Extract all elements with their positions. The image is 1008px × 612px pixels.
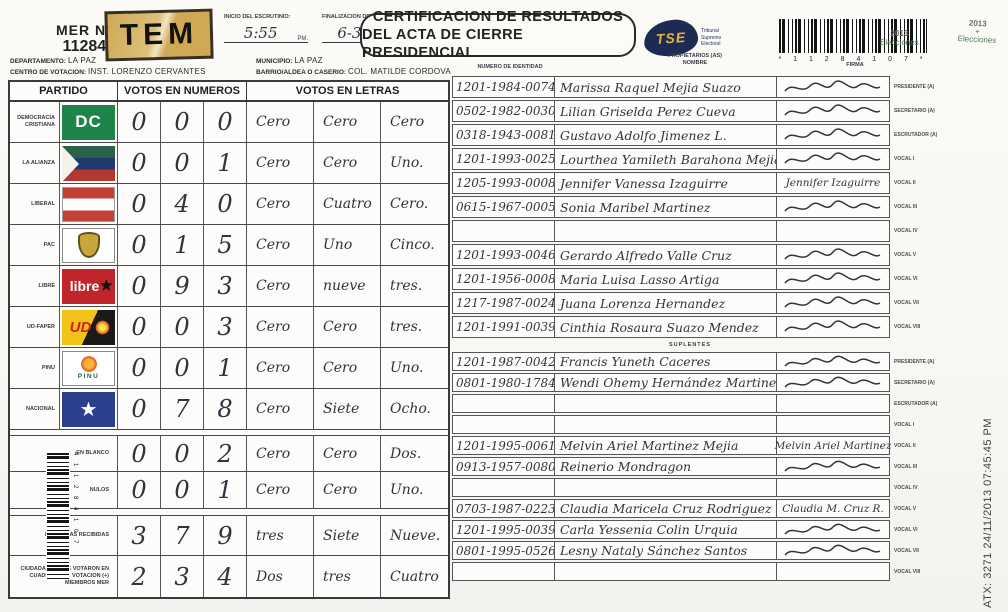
votes-word-tens: Cuatro: [314, 184, 381, 224]
votes-word-units: Ocho.: [381, 389, 448, 429]
votes-word-tens: Cero: [314, 102, 381, 142]
signature-scribble-icon: [783, 523, 883, 539]
party-name: LA ALIANZA: [10, 143, 60, 183]
identity-number: 0913-1957-00803: [453, 458, 555, 475]
elecciones-2013-corner-badge: 2013 ✦ Elecciones: [957, 19, 997, 46]
identity-number: 0502-1982-00305: [453, 101, 555, 121]
signer-row: 1201-1984-00741 Marissa Raquel Mejia Sua…: [452, 76, 890, 98]
votes-word-tens: tres: [314, 556, 381, 597]
party-logo-text: DC: [75, 112, 102, 132]
identity-number: 0801-1995-05263: [453, 542, 555, 559]
signature-cell: [777, 395, 889, 412]
signature-cell: [777, 563, 889, 580]
signature-scribble-icon: [783, 151, 883, 169]
signer-row: 0801-1980-17849 Wendi Ohemy Hernández Ma…: [452, 373, 890, 392]
tse-name: Tribunal Supremo Electoral: [701, 28, 735, 48]
results-row: DEMOCRACIA CRISTIANA DC 0 0 0 Cero Cero …: [10, 102, 448, 143]
signer-row: 0703-1987-02238 Claudia Maricela Cruz Ro…: [452, 499, 890, 518]
party-logo-cell: ★: [60, 389, 118, 429]
votes-digit-hundreds: 0: [118, 225, 161, 265]
signature-scribble-icon: [783, 127, 883, 145]
handwritten-digit: 3: [174, 563, 189, 591]
elecciones-2013-badge: 2013 Elecciones: [880, 30, 919, 48]
votes-word-tens: Cero: [314, 472, 381, 508]
signer-row: VOCAL IV: [452, 220, 890, 242]
handwritten-digit: 1: [217, 354, 232, 382]
votes-digit-tens: 7: [161, 389, 204, 429]
handwritten-digit: 0: [174, 440, 189, 468]
votes-word-units: Uno.: [381, 348, 448, 388]
votes-digit-tens: 4: [161, 184, 204, 224]
handwritten-digit: 4: [174, 190, 189, 218]
signature-scribble-icon: [783, 199, 883, 217]
handwritten-digit: 7: [174, 522, 189, 550]
signer-name: [555, 563, 777, 580]
handwritten-word: Cero: [323, 319, 357, 335]
signer-name: Gustavo Adolfo Jimenez L.: [555, 125, 777, 145]
centro-votacion-field: CENTRO DE VOTACION: INST. LORENZO CERVAN…: [10, 67, 206, 76]
results-row: LA ALIANZA 0 0 1 Cero Cero Uno.: [10, 143, 448, 184]
signature-cell: [777, 269, 889, 289]
signature-scribble-icon: [783, 319, 883, 337]
signer-row: 0615-1967-00059 Sonia Maribel Martinez V…: [452, 196, 890, 218]
votes-word-tens: Cero: [314, 348, 381, 388]
signer-row: 1201-1993-00258 Lourthea Yamileth Baraho…: [452, 148, 890, 170]
votes-word-units: Cuatro: [381, 556, 448, 597]
badge-word: Elecciones: [957, 35, 996, 46]
party-name: UD-FAPER: [10, 307, 60, 347]
identity-number: 0615-1967-00059: [453, 197, 555, 217]
document-title: CERTIFICACION DE RESULTADOS DEL ACTA DE …: [360, 13, 636, 57]
signer-name: Lourthea Yamileth Barahona Mejia: [555, 149, 777, 169]
identity-number: 1201-1993-00258: [453, 149, 555, 169]
signature-scribble-icon: [783, 271, 883, 289]
handwritten-word: Cero: [323, 446, 357, 462]
signature-text: Claudia M. Cruz R.: [782, 503, 883, 515]
handwritten-word: Dos.: [390, 446, 421, 462]
handwritten-digit: 5: [217, 231, 232, 259]
role-label: VOCAL I: [894, 422, 914, 428]
role-label: ESCRUTADOR (A): [894, 401, 937, 407]
signer-name: Lilian Griselda Perez Cueva: [555, 101, 777, 121]
votes-digit-tens: 9: [161, 266, 204, 306]
signer-row: 0502-1982-00305 Lilian Griselda Perez Cu…: [452, 100, 890, 122]
votes-digit-tens: 7: [161, 516, 204, 555]
departamento-label: DEPARTAMENTO:: [10, 58, 66, 65]
identity-number: 1201-1993-00463: [453, 245, 555, 265]
handwritten-word: tres.: [390, 319, 422, 335]
scanned-acta-document: MER N° 11284 TEM INICIO DEL ESCRUTINIO: …: [0, 0, 1008, 612]
party-logo-icon: UD: [62, 310, 115, 345]
role-label: VOCAL VIII: [894, 569, 920, 575]
identity-number: 1201-1984-00741: [453, 77, 555, 97]
column-votos-letras: VOTOS EN LETRAS: [247, 82, 448, 100]
votes-word-tens: Siete: [314, 516, 381, 555]
identity-number: [453, 563, 555, 580]
identity-number: 1201-1991-00394: [453, 317, 555, 337]
municipio-field: MUNICIPIO: LA PAZ: [256, 56, 323, 65]
handwritten-word: Cero: [323, 360, 357, 376]
signer-name: Jennifer Vanessa Izaguirre: [555, 173, 777, 193]
signer-name: Cinthia Rosaura Suazo Mendez: [555, 317, 777, 337]
handwritten-digit: 0: [174, 313, 189, 341]
party-name: DEMOCRACIA CRISTIANA: [10, 102, 60, 142]
propietarios-label: PROPIETARIOS (AS): [620, 53, 770, 60]
role-label: SECRETARIO (A): [894, 380, 935, 386]
role-label: VOCAL V: [894, 252, 916, 258]
votes-digit-hundreds: 0: [118, 102, 161, 142]
handwritten-word: Dos: [256, 569, 283, 585]
handwritten-word: Cero: [323, 482, 357, 498]
tse-map-icon: TSE: [643, 18, 699, 58]
handwritten-digit: 0: [131, 395, 146, 423]
column-propietarios-nombre: PROPIETARIOS (AS) NOMBRE: [620, 53, 770, 67]
votes-word-units: Dos.: [381, 436, 448, 471]
votes-digit-units: 8: [204, 389, 247, 429]
votes-digit-tens: 0: [161, 102, 204, 142]
centro-value: INST. LORENZO CERVANTES: [88, 67, 206, 76]
signer-row: 1217-1987-00249 Juana Lorenza Hernandez …: [452, 292, 890, 314]
signature-text: Melvin Ariel Martinez: [775, 440, 892, 452]
handwritten-digit: 0: [131, 440, 146, 468]
votes-word-units: Nueve.: [381, 516, 448, 555]
results-table-header: PARTIDO VOTOS EN NUMEROS VOTOS EN LETRAS: [10, 82, 448, 102]
suplentes-section-label: SUPLENTES: [600, 342, 780, 348]
party-logo-text: UD: [70, 319, 92, 336]
barrio-value: COL. MATILDE CORDOVA: [348, 67, 451, 76]
results-row: NACIONAL ★ 0 7 8 Cero Siete Ocho.: [10, 389, 448, 430]
handwritten-digit: 7: [174, 395, 189, 423]
signer-name: Juana Lorenza Hernandez: [555, 293, 777, 313]
votes-digit-hundreds: 0: [118, 307, 161, 347]
votes-digit-units: 1: [204, 143, 247, 183]
handwritten-word: Ocho.: [390, 401, 431, 417]
handwritten-word: Uno: [323, 237, 352, 253]
votes-word-hundreds: Cero: [247, 389, 314, 429]
signer-name: Carla Yessenia Colin Urquia: [555, 521, 777, 538]
votes-word-units: tres.: [381, 266, 448, 306]
handwritten-word: Nueve.: [390, 528, 440, 544]
identity-number: [453, 416, 555, 433]
party-logo-text: ★: [80, 397, 98, 422]
handwritten-digit: 1: [217, 476, 232, 504]
votes-digit-hundreds: 3: [118, 516, 161, 555]
party-logo-text: libre: [70, 278, 100, 294]
votes-digit-units: 9: [204, 516, 247, 555]
role-label: ESCRUTADOR (A): [894, 132, 937, 138]
handwritten-word: Cero: [256, 401, 290, 417]
handwritten-digit: 0: [174, 354, 189, 382]
scan-timestamp: ATX: 3271 24/11/2013 07:45:45 PM: [982, 418, 994, 608]
votes-digit-tens: 3: [161, 556, 204, 597]
handwritten-word: Cero: [256, 114, 290, 130]
signature-cell: [777, 374, 889, 391]
votes-word-hundreds: Cero: [247, 266, 314, 306]
party-logo-cell: UD: [60, 307, 118, 347]
results-row: PAC 0 1 5 Cero Uno Cinco.: [10, 225, 448, 266]
votes-digit-units: 1: [204, 348, 247, 388]
title-line-1: CERTIFICACION DE RESULTADOS: [373, 8, 623, 26]
votes-digit-hundreds: 0: [118, 143, 161, 183]
votes-word-hundreds: Dos: [247, 556, 314, 597]
handwritten-word: Siete: [323, 528, 359, 544]
column-numero-identidad: NUMERO DE IDENTIDAD: [470, 64, 550, 71]
votes-word-units: Cero.: [381, 184, 448, 224]
votes-digit-hundreds: 0: [118, 184, 161, 224]
votes-digit-units: 0: [204, 184, 247, 224]
signature-scribble-icon: [783, 544, 883, 560]
votes-digit-units: 1: [204, 472, 247, 508]
votes-word-units: Cinco.: [381, 225, 448, 265]
party-logo-icon: ★: [62, 392, 115, 427]
handwritten-word: Cero.: [390, 196, 428, 212]
votes-digit-tens: 1: [161, 225, 204, 265]
votes-word-units: Uno.: [381, 143, 448, 183]
results-row: LIBRE libre 0 9 3 Cero nueve tres.: [10, 266, 448, 307]
votes-digit-units: 5: [204, 225, 247, 265]
votes-word-tens: nueve: [314, 266, 381, 306]
identity-number: 0801-1980-17849: [453, 374, 555, 391]
role-label: PRESIDENTE (A): [894, 359, 934, 365]
handwritten-digit: 3: [217, 272, 232, 300]
role-label: VOCAL VII: [894, 300, 919, 306]
signer-name: Wendi Ohemy Hernández Martinez: [555, 374, 777, 391]
signature-scribble-icon: [783, 376, 883, 392]
handwritten-word: Cero: [256, 196, 290, 212]
votes-digit-units: 0: [204, 102, 247, 142]
column-firma: FIRMA: [820, 62, 890, 69]
handwritten-word: Uno.: [390, 360, 423, 376]
side-barcode-digits: 4 1 1 2 8 4 1 0 7: [72, 452, 78, 580]
votes-word-hundreds: Cero: [247, 307, 314, 347]
identity-number: 1201-1995-00615: [453, 437, 555, 454]
inicio-escrutinio: INICIO DEL ESCRUTINIO: 5:55 PM.: [224, 14, 308, 43]
signer-row: VOCAL IV: [452, 478, 890, 497]
role-label: VOCAL IV: [894, 228, 918, 234]
votes-word-hundreds: Cero: [247, 225, 314, 265]
identity-number: 1201-1987-00428: [453, 353, 555, 370]
tse-acronym: TSE: [655, 29, 686, 47]
signer-row: 0318-1943-00813 Gustavo Adolfo Jimenez L…: [452, 124, 890, 146]
signature-cell: [777, 542, 889, 559]
handwritten-word: Cero: [390, 114, 424, 130]
votes-digit-hundreds: 0: [118, 472, 161, 508]
signature-cell: [777, 125, 889, 145]
role-label: VOCAL IV: [894, 485, 918, 491]
identity-number: [453, 479, 555, 496]
badge-word: Elecciones: [880, 39, 919, 48]
signer-row: 1201-1987-00428 Francis Yuneth Caceres P…: [452, 352, 890, 371]
handwritten-word: Cero: [256, 446, 290, 462]
identity-number: [453, 395, 555, 412]
identity-number: 1201-1956-00080: [453, 269, 555, 289]
signer-name: Marissa Raquel Mejia Suazo: [555, 77, 777, 97]
handwritten-word: Uno.: [390, 155, 423, 171]
signer-row: 0913-1957-00803 Reinerio Mondragon VOCAL…: [452, 457, 890, 476]
signer-name: Maria Luisa Lasso Artiga: [555, 269, 777, 289]
handwritten-digit: 1: [174, 231, 189, 259]
party-logo-text: PINU: [78, 373, 100, 380]
party-name: NACIONAL: [10, 389, 60, 429]
signature-cell: [777, 221, 889, 241]
handwritten-digit: 0: [131, 231, 146, 259]
suplentes-rows: 1201-1987-00428 Francis Yuneth Caceres P…: [452, 352, 890, 583]
handwritten-word: tres: [323, 569, 351, 585]
role-label: VOCAL III: [894, 204, 917, 210]
party-logo-icon: libre: [62, 269, 115, 304]
party-logo-icon: [62, 228, 115, 263]
results-row: PINU PINU 0 0 1 Cero Cero Uno.: [10, 348, 448, 389]
handwritten-digit: 8: [217, 395, 232, 423]
signer-name: Melvin Ariel Martinez Mejia: [555, 437, 777, 454]
signer-row: VOCAL VIII: [452, 562, 890, 581]
role-label: VOCAL V: [894, 506, 916, 512]
inicio-ampm: PM.: [297, 36, 308, 42]
party-name: PINU: [10, 348, 60, 388]
party-name: PAC: [10, 225, 60, 265]
votes-digit-hundreds: 0: [118, 389, 161, 429]
party-logo-icon: [62, 187, 115, 222]
role-label: SECRETARIO (A): [894, 108, 935, 114]
party-logo-icon: PINU: [62, 351, 115, 386]
role-label: VOCAL VI: [894, 527, 918, 533]
votes-digit-hundreds: 0: [118, 266, 161, 306]
signer-row: 0801-1995-05263 Lesny Nataly Sánchez San…: [452, 541, 890, 560]
role-label: VOCAL II: [894, 443, 916, 449]
handwritten-word: Uno.: [390, 482, 423, 498]
signature-scribble-icon: [783, 103, 883, 121]
votes-word-units: tres.: [381, 307, 448, 347]
handwritten-word: Cero: [323, 114, 357, 130]
votes-word-tens: Siete: [314, 389, 381, 429]
handwritten-digit: 0: [174, 476, 189, 504]
signer-name: Sonia Maribel Martinez: [555, 197, 777, 217]
handwritten-digit: 3: [217, 313, 232, 341]
signer-name: Gerardo Alfredo Valle Cruz: [555, 245, 777, 265]
signature-scribble-icon: [783, 460, 883, 476]
signer-row: 1205-1993-00085 Jennifer Vanessa Izaguir…: [452, 172, 890, 194]
handwritten-word: Cero: [256, 482, 290, 498]
handwritten-digit: 0: [217, 108, 232, 136]
results-row: UD-FAPER UD 0 0 3 Cero Cero tres.: [10, 307, 448, 348]
votes-word-hundreds: Cero: [247, 102, 314, 142]
signature-cell: [777, 293, 889, 313]
signature-cell: [777, 458, 889, 475]
signature-cell: [777, 77, 889, 97]
role-label: VOCAL I: [894, 156, 914, 162]
signature-cell: Melvin Ariel Martinez: [777, 437, 889, 454]
votes-digit-units: 3: [204, 266, 247, 306]
identity-number: 1217-1987-00249: [453, 293, 555, 313]
handwritten-word: Cinco.: [390, 237, 435, 253]
identity-number: [453, 221, 555, 241]
role-label: PRESIDENTE (A): [894, 84, 934, 90]
identity-number: 0703-1987-02238: [453, 500, 555, 517]
party-name: LIBERAL: [10, 184, 60, 224]
signer-row: 1201-1995-00615 Melvin Ariel Martinez Me…: [452, 436, 890, 455]
votes-word-hundreds: Cero: [247, 436, 314, 471]
handwritten-digit: 0: [217, 190, 232, 218]
handwritten-word: Cuatro: [390, 569, 439, 585]
handwritten-digit: 2: [131, 563, 146, 591]
votes-digit-hundreds: 0: [118, 348, 161, 388]
signer-name: Reinerio Mondragon: [555, 458, 777, 475]
column-partido: PARTIDO: [10, 82, 118, 100]
handwritten-word: nueve: [323, 278, 366, 294]
signature-cell: [777, 197, 889, 217]
votes-word-units: Cero: [381, 102, 448, 142]
handwritten-digit: 2: [217, 440, 232, 468]
role-label: VOCAL II: [894, 180, 916, 186]
handwritten-digit: 9: [217, 522, 232, 550]
handwritten-digit: 0: [131, 476, 146, 504]
handwritten-word: Cero: [256, 278, 290, 294]
votes-word-tens: Cero: [314, 436, 381, 471]
votes-digit-tens: 0: [161, 143, 204, 183]
votes-digit-hundreds: 2: [118, 556, 161, 597]
role-label: VOCAL III: [894, 464, 917, 470]
handwritten-word: tres: [256, 528, 284, 544]
handwritten-digit: 0: [174, 149, 189, 177]
party-logo-cell: [60, 184, 118, 224]
votes-word-tens: Cero: [314, 143, 381, 183]
signer-name: [555, 479, 777, 496]
votes-word-hundreds: Cero: [247, 184, 314, 224]
signer-name: Lesny Nataly Sánchez Santos: [555, 542, 777, 559]
role-label: VOCAL VI: [894, 276, 918, 282]
departamento-value: LA PAZ: [68, 56, 96, 65]
party-name: LIBRE: [10, 266, 60, 306]
handwritten-word: Siete: [323, 401, 359, 417]
votes-digit-tens: 0: [161, 436, 204, 471]
votes-digit-hundreds: 0: [118, 436, 161, 471]
column-votos-numeros: VOTOS EN NUMEROS: [118, 82, 247, 100]
handwritten-digit: 0: [131, 313, 146, 341]
handwritten-digit: 3: [131, 522, 146, 550]
identity-number: 1205-1993-00085: [453, 173, 555, 193]
role-label: VOCAL VIII: [894, 324, 920, 330]
votes-digit-units: 2: [204, 436, 247, 471]
votes-word-tens: Cero: [314, 307, 381, 347]
signature-scribble-icon: [783, 247, 883, 265]
tse-logo: TSE Tribunal Supremo Electoral: [644, 20, 735, 56]
handwritten-word: Cuatro: [323, 196, 372, 212]
party-logo-cell: libre: [60, 266, 118, 306]
party-logo-cell: DC: [60, 102, 118, 142]
signer-row: 1201-1956-00080 Maria Luisa Lasso Artiga…: [452, 268, 890, 290]
votes-word-hundreds: tres: [247, 516, 314, 555]
signer-name: Francis Yuneth Caceres: [555, 353, 777, 370]
identity-number: 1201-1995-00390: [453, 521, 555, 538]
signer-row: ESCRUTADOR (A): [452, 394, 890, 413]
handwritten-digit: 4: [217, 563, 232, 591]
handwritten-digit: 0: [131, 108, 146, 136]
handwritten-digit: 1: [217, 149, 232, 177]
votes-word-hundreds: Cero: [247, 143, 314, 183]
handwritten-digit: 0: [174, 108, 189, 136]
signer-row: 1201-1993-00463 Gerardo Alfredo Valle Cr…: [452, 244, 890, 266]
signature-cell: Jennifer Izaguirre: [777, 173, 889, 193]
signature-cell: [777, 521, 889, 538]
signature-scribble-icon: [783, 295, 883, 313]
party-logo-icon: [62, 146, 115, 181]
signer-name: Claudia Maricela Cruz Rodriguez: [555, 500, 777, 517]
signature-cell: Claudia M. Cruz R.: [777, 500, 889, 517]
party-logo-icon: DC: [62, 105, 115, 140]
signature-cell: [777, 416, 889, 433]
votes-digit-units: 4: [204, 556, 247, 597]
handwritten-word: Cero: [256, 237, 290, 253]
